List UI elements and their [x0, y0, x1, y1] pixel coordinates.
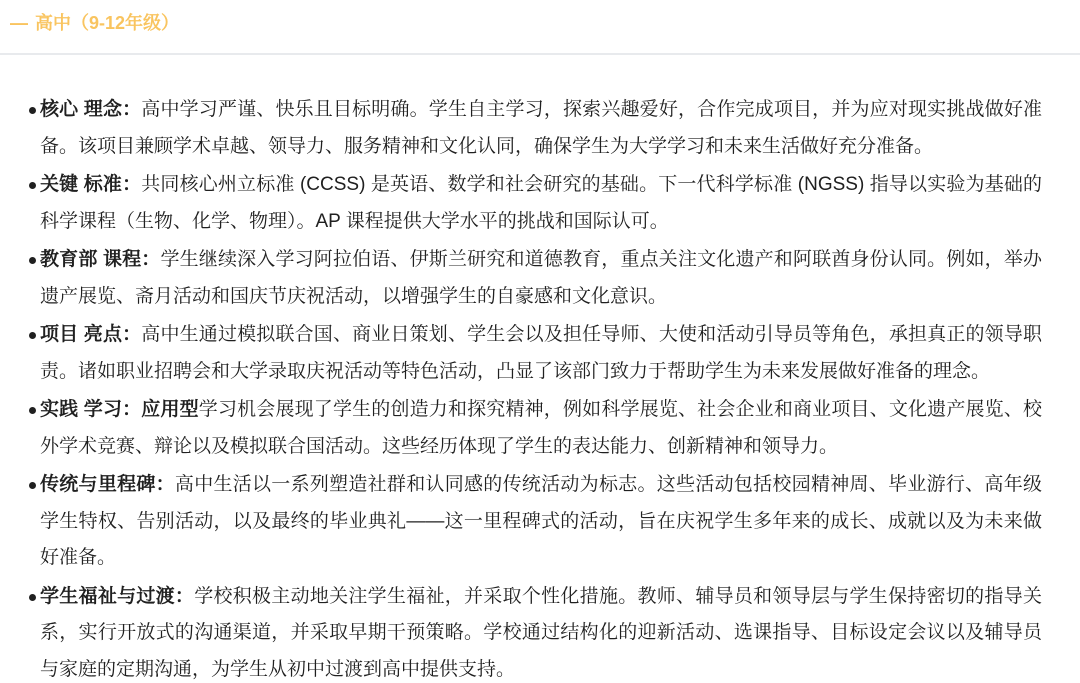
item-text: 高中学习严谨、快乐且目标明确。学生自主学习，探索兴趣爱好，合作完成项目，并为应对… — [40, 99, 1042, 157]
item-label: 关键 标准： — [40, 174, 141, 195]
item-label: 核心 理念： — [40, 99, 141, 120]
item-label: 教育部 课程： — [40, 249, 160, 270]
list-item: 学生福祉与过渡：学校积极主动地关注学生福祉，并采取个性化措施。教师、辅导员和领导… — [0, 579, 1042, 683]
document-page: — 高中（9-12年级） 核心 理念：高中学习严谨、快乐且目标明确。学生自主学习… — [0, 0, 1080, 683]
item-text: 学生继续深入学习阿拉伯语、伊斯兰研究和道德教育，重点关注文化遗产和阿联酋身份认同… — [40, 249, 1042, 307]
dash-marker-icon: — — [10, 12, 27, 34]
item-label: 传统与里程碑： — [40, 474, 175, 495]
item-label: 学生福祉与过渡： — [40, 586, 194, 607]
bullet-list: 核心 理念：高中学习严谨、快乐且目标明确。学生自主学习，探索兴趣爱好，合作完成项… — [0, 92, 1042, 683]
list-item: 实践 学习：应用型学习机会展现了学生的创造力和探究精神，例如科学展览、社会企业和… — [0, 392, 1042, 465]
item-text: 高中生活以一系列塑造社群和认同感的传统活动为标志。这些活动包括校园精神周、毕业游… — [40, 474, 1042, 568]
list-item: 项目 亮点：高中生通过模拟联合国、商业日策划、学生会以及担任导师、大使和活动引导… — [0, 317, 1042, 390]
section-content: 核心 理念：高中学习严谨、快乐且目标明确。学生自主学习，探索兴趣爱好，合作完成项… — [0, 55, 1080, 683]
list-item: 核心 理念：高中学习严谨、快乐且目标明确。学生自主学习，探索兴趣爱好，合作完成项… — [0, 92, 1042, 165]
item-label: 实践 学习：应用型 — [40, 399, 199, 420]
section-title: 高中（9-12年级） — [35, 12, 179, 34]
list-item: 教育部 课程：学生继续深入学习阿拉伯语、伊斯兰研究和道德教育，重点关注文化遗产和… — [0, 242, 1042, 315]
item-text: 共同核心州立标准 (CCSS) 是英语、数学和社会研究的基础。下一代科学标准 (… — [40, 174, 1042, 232]
item-label: 项目 亮点： — [40, 324, 141, 345]
list-item: 传统与里程碑：高中生活以一系列塑造社群和认同感的传统活动为标志。这些活动包括校园… — [0, 467, 1042, 577]
list-item: 关键 标准：共同核心州立标准 (CCSS) 是英语、数学和社会研究的基础。下一代… — [0, 167, 1042, 240]
section-header: — 高中（9-12年级） — [0, 0, 1080, 44]
item-text: 高中生通过模拟联合国、商业日策划、学生会以及担任导师、大使和活动引导员等角色，承… — [40, 324, 1042, 382]
